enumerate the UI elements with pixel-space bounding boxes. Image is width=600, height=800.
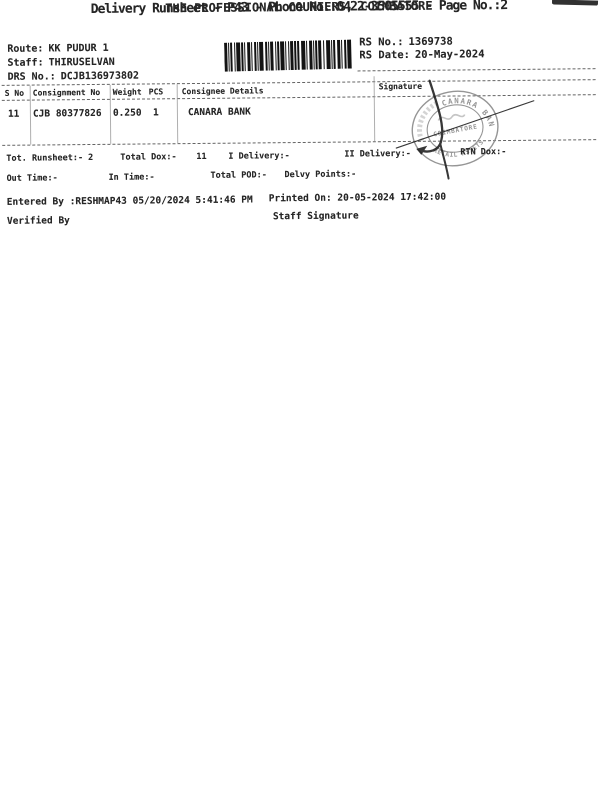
ii-delivery-label: II Delivery:- bbox=[344, 149, 411, 160]
barcode-gap bbox=[351, 39, 354, 68]
row-consignment-no: CJB 80377826 bbox=[33, 108, 102, 120]
rs-no-value: 1369738 bbox=[408, 36, 452, 48]
staff-value: THIRUSELVAN bbox=[49, 57, 115, 69]
row-pcs: 1 bbox=[153, 107, 159, 118]
rs-no-label: RS No.: bbox=[359, 36, 403, 48]
row-s-no: 11 bbox=[8, 109, 20, 120]
column-divider-2 bbox=[110, 85, 112, 144]
in-time-label: In Time:- bbox=[108, 172, 154, 182]
staff-signature-label: Staff Signature bbox=[273, 210, 359, 222]
rs-date-value: 20-May-2024 bbox=[415, 48, 485, 61]
i-delivery-label: I Delivery:- bbox=[228, 151, 290, 162]
route-label: Route: bbox=[7, 43, 43, 54]
runsheet-subtitle: Delivery Runsheet - P43 - Phone No.:0422… bbox=[0, 0, 599, 18]
column-divider-3 bbox=[177, 84, 179, 143]
scanned-delivery-runsheet: THE PROFESSIONAL COURIERS, COIMBATORE De… bbox=[0, 0, 600, 800]
verified-by-label: Verified By bbox=[7, 215, 70, 227]
tot-runsheet: Tot. Runsheet:-2 bbox=[6, 153, 93, 164]
out-time-label: Out Time:- bbox=[7, 173, 58, 183]
drs-value: DCJB136973802 bbox=[61, 71, 139, 83]
barcode bbox=[224, 39, 355, 71]
staff-line: Staff:THIRUSELVAN bbox=[7, 57, 114, 69]
col-header-consignee-details: Consignee Details bbox=[182, 86, 264, 96]
delvy-points-label: Delvy Points:- bbox=[284, 169, 356, 180]
tot-runsheet-label: Tot. Runsheet:- bbox=[6, 153, 83, 164]
row-weight: 0.250 bbox=[113, 108, 142, 119]
drs-label: DRS No.: bbox=[8, 71, 56, 82]
column-divider-1 bbox=[30, 86, 32, 145]
rs-no-line: RS No.:1369738 bbox=[359, 36, 453, 49]
col-header-pcs: PCS bbox=[149, 87, 164, 96]
route-line: Route:KK PUDUR 1 bbox=[7, 43, 108, 55]
col-header-weight: Weight bbox=[113, 88, 142, 97]
signature-scribble bbox=[380, 68, 551, 190]
printed-on-line: Printed On: 20-05-2024 17:42:00 bbox=[269, 192, 446, 205]
col-header-consignment-no: Consignment No bbox=[33, 88, 101, 98]
staff-label: Staff: bbox=[7, 57, 43, 68]
total-dox-value: 11 bbox=[196, 152, 206, 162]
route-value: KK PUDUR 1 bbox=[48, 43, 108, 55]
tot-runsheet-value: 2 bbox=[88, 153, 93, 163]
column-divider-4 bbox=[374, 76, 376, 141]
rtn-dox-label: RTN Dox:- bbox=[460, 147, 506, 157]
document-content: THE PROFESSIONAL COURIERS, COIMBATORE De… bbox=[0, 0, 600, 800]
row-consignee: CANARA BANK bbox=[188, 106, 251, 118]
rs-date-line: RS Date:20-May-2024 bbox=[359, 48, 484, 61]
col-header-s-no: S No bbox=[5, 89, 24, 98]
rs-date-label: RS Date: bbox=[359, 49, 410, 61]
entered-by-line: Entered By :RESHMAP43 05/20/2024 5:41:46… bbox=[7, 194, 253, 207]
total-pod-label: Total POD:- bbox=[210, 170, 266, 181]
total-dox-label: Total Dox:- bbox=[120, 152, 176, 163]
drs-line: DRS No.:DCJB136973802 bbox=[8, 71, 140, 83]
